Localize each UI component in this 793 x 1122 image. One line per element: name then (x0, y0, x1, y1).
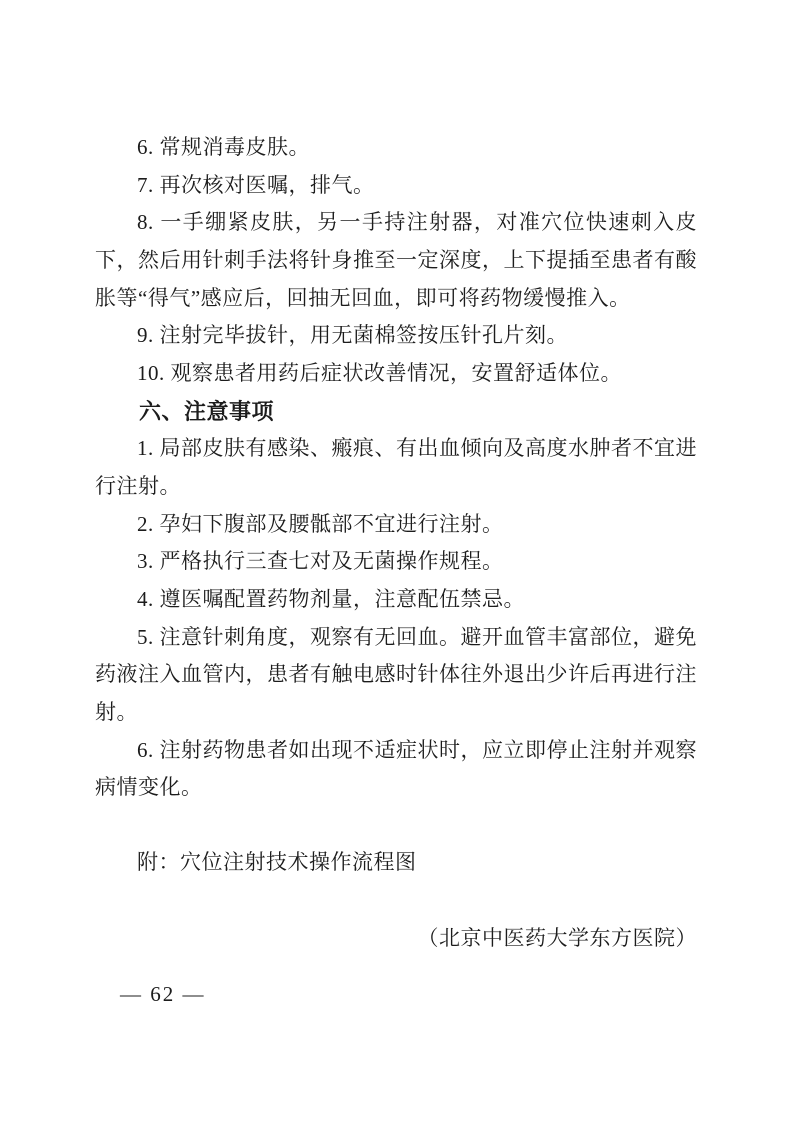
procedure-step-6: 6. 常规消毒皮肤。 (95, 129, 697, 167)
attachment-note: 附：穴位注射技术操作流程图 (95, 844, 697, 882)
precaution-item-2: 2. 孕妇下腹部及腰骶部不宜进行注射。 (95, 506, 697, 544)
document-body: 6. 常规消毒皮肤。 7. 再次核对医嘱，排气。 8. 一手绷紧皮肤，另一手持注… (95, 129, 697, 957)
precaution-item-1: 1. 局部皮肤有感染、瘢痕、有出血倾向及高度水肿者不宜进行注射。 (95, 430, 697, 505)
procedure-step-8: 8. 一手绷紧皮肤，另一手持注射器，对准穴位快速刺入皮下，然后用针刺手法将针身推… (95, 204, 697, 317)
precaution-item-5: 5. 注意针刺角度，观察有无回血。避开血管丰富部位，避免药液注入血管内，患者有触… (95, 619, 697, 732)
precaution-item-3: 3. 严格执行三查七对及无菌操作规程。 (95, 543, 697, 581)
section-heading-precautions: 六、注意事项 (95, 393, 697, 431)
procedure-step-9: 9. 注射完毕拔针，用无菌棉签按压针孔片刻。 (95, 317, 697, 355)
procedure-step-7: 7. 再次核对医嘱，排气。 (95, 167, 697, 205)
precaution-item-6: 6. 注射药物患者如出现不适症状时，应立即停止注射并观察病情变化。 (95, 732, 697, 807)
procedure-step-10: 10. 观察患者用药后症状改善情况，安置舒适体位。 (95, 355, 697, 393)
document-page: 6. 常规消毒皮肤。 7. 再次核对医嘱，排气。 8. 一手绷紧皮肤，另一手持注… (0, 0, 793, 1122)
page-number: — 62 — (120, 980, 206, 1008)
precaution-item-4: 4. 遵医嘱配置药物剂量，注意配伍禁忌。 (95, 581, 697, 619)
signature-line: （北京中医药大学东方医院） (95, 920, 697, 958)
